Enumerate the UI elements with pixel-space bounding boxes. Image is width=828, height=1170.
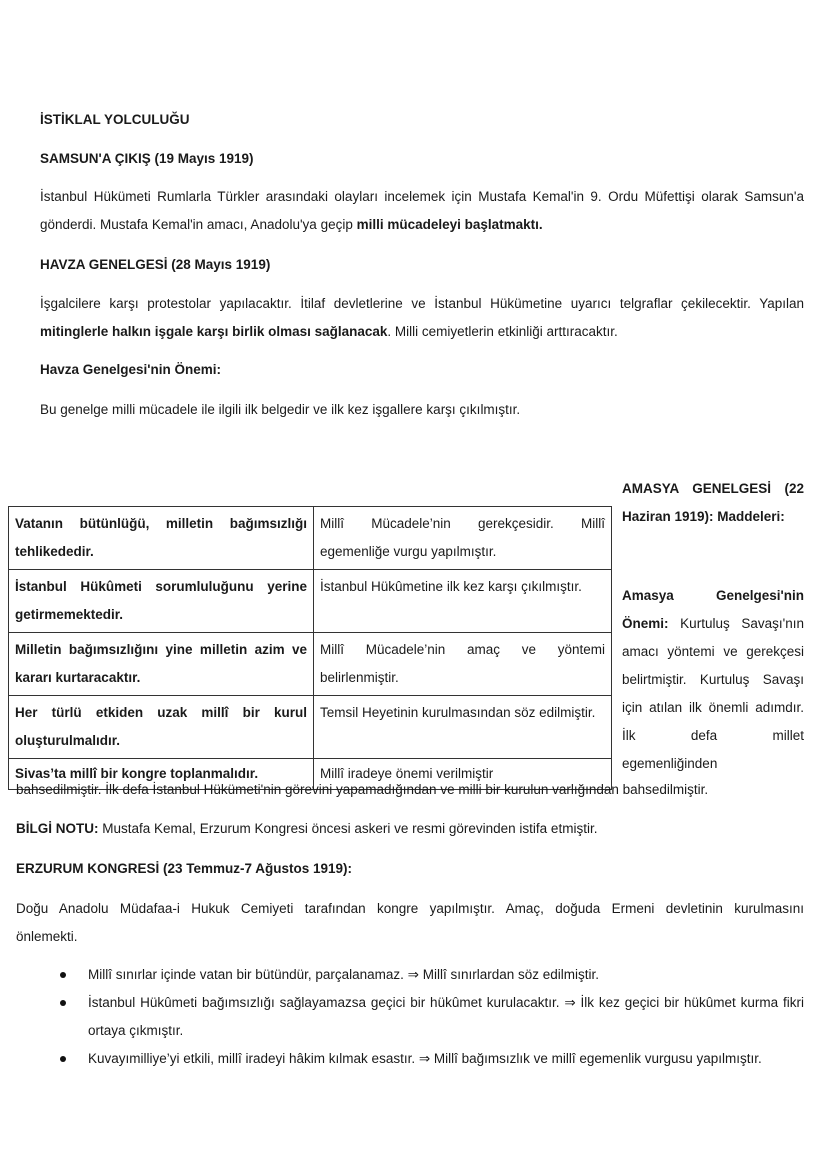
amasya-articles-table: Vatanın bütünlüğü, milletin bağımsızlığı… (8, 506, 612, 790)
havza-line-1: İşgalcilere karşı protestolar yapılacakt… (40, 290, 804, 318)
article-cell: İstanbul Hükûmeti sorumluluğunu yerine g… (9, 570, 314, 633)
amasya-importance-line-0: Önemi: Kurtuluş Savaşı'nın (622, 610, 804, 638)
article-cell: Milletin bağımsızlığını yine milletin az… (9, 633, 314, 696)
havza-bold-text: mitinglerle halkın işgale karşı birlik o… (40, 324, 387, 339)
meaning-cell: Temsil Heyetinin kurulmasından söz edilm… (314, 696, 612, 759)
article-cell: Vatanın bütünlüğü, milletin bağımsızlığı… (9, 507, 314, 570)
amasya-importance-heading-line-2: Önemi: (622, 616, 669, 631)
amasya-heading: AMASYA GENELGESİ (22 Haziran 1919): Madd… (622, 475, 804, 531)
havza-heading: HAVZA GENELGESİ (28 Mayıs 1919) (40, 257, 270, 272)
bullet-icon (60, 1000, 66, 1006)
amasya-importance-line-3: için atılan ilk önemli adımdır. (622, 694, 804, 722)
list-item: Millî sınırlar içinde vatan bir bütündür… (40, 961, 804, 989)
amasya-importance-line-5: egemenliğinden (622, 750, 804, 778)
table-row: Her türlü etkiden uzak millî bir kurul o… (9, 696, 612, 759)
amasya-importance-line-4: İlk defa millet (622, 722, 804, 750)
info-note: BİLGİ NOTU: Mustafa Kemal, Erzurum Kongr… (16, 815, 597, 843)
info-note-text: Mustafa Kemal, Erzurum Kongresi öncesi a… (99, 821, 598, 836)
havza-line-2: mitinglerle halkın işgale karşı birlik o… (40, 318, 804, 346)
samsun-line-1: İstanbul Hükümeti Rumlarla Türkler arası… (40, 183, 804, 211)
samsun-heading: SAMSUN'A ÇIKIŞ (19 Mayıs 1919) (40, 151, 254, 166)
table-row: İstanbul Hükûmeti sorumluluğunu yerine g… (9, 570, 612, 633)
erzurum-heading: ERZURUM KONGRESİ (23 Temmuz-7 Ağustos 19… (16, 861, 352, 876)
meaning-cell: Millî Mücadele’nin amaç ve yöntemi belir… (314, 633, 612, 696)
erzurum-line-1: Doğu Anadolu Müdafaa-i Hukuk Cemiyeti ta… (16, 895, 804, 923)
amasya-importance-text: Kurtuluş Savaşı'nın (669, 616, 804, 631)
bullet-text: Millî sınırlar içinde vatan bir bütündür… (88, 967, 599, 982)
amasya-heading-line-1: AMASYA GENELGESİ (22 (622, 475, 804, 503)
samsun-aim-bold: milli mücadeleyi başlatmaktı. (357, 217, 543, 232)
meaning-cell: İstanbul Hükûmetine ilk kez karşı çıkılm… (314, 570, 612, 633)
info-note-label: BİLGİ NOTU: (16, 821, 99, 836)
table-row: Milletin bağımsızlığını yine milletin az… (9, 633, 612, 696)
samsun-paragraph: İstanbul Hükümeti Rumlarla Türkler arası… (40, 183, 804, 239)
article-cell: Her türlü etkiden uzak millî bir kurul o… (9, 696, 314, 759)
erzurum-paragraph: Doğu Anadolu Müdafaa-i Hukuk Cemiyeti ta… (16, 895, 804, 951)
havza-text: . Milli cemiyetlerin etkinliği arttıraca… (387, 324, 617, 339)
document-title: İSTİKLAL YOLCULUĞU (40, 112, 190, 127)
havza-importance-heading: Havza Genelgesi'nin Önemi: (40, 362, 221, 377)
list-item: İstanbul Hükûmeti bağımsızlığı sağlayama… (40, 989, 804, 1045)
samsun-text: gönderdi. Mustafa Kemal'in amacı, Anadol… (40, 217, 357, 232)
bullet-text: Kuvayımilliye’yi etkili, millî iradeyi h… (88, 1051, 762, 1066)
havza-importance-text: Bu genelge milli mücadele ile ilgili ilk… (40, 396, 520, 424)
amasya-heading-line-2: Haziran 1919): Maddeleri: (622, 503, 804, 531)
amasya-importance-heading-line-1: Amasya Genelgesi'nin (622, 582, 804, 610)
erzurum-bullets: Millî sınırlar içinde vatan bir bütündür… (40, 961, 804, 1073)
havza-paragraph: İşgalcilere karşı protestolar yapılacakt… (40, 290, 804, 346)
meaning-cell: Millî Mücadele’nin gerekçesidir. Millî e… (314, 507, 612, 570)
list-item: Kuvayımilliye’yi etkili, millî iradeyi h… (40, 1045, 804, 1073)
erzurum-line-2: önlemekti. (16, 923, 804, 951)
amasya-importance-continuation: bahsedilmiştir. İlk defa İstanbul Hüküme… (16, 776, 708, 804)
amasya-importance-line-1: amacı yöntemi ve gerekçesi (622, 638, 804, 666)
table-row: Vatanın bütünlüğü, milletin bağımsızlığı… (9, 507, 612, 570)
bullet-icon (60, 972, 66, 978)
bullet-text: İstanbul Hükûmeti bağımsızlığı sağlayama… (88, 995, 804, 1038)
samsun-line-2: gönderdi. Mustafa Kemal'in amacı, Anadol… (40, 211, 804, 239)
bullet-icon (60, 1056, 66, 1062)
amasya-importance-line-2: belirtmiştir. Kurtuluş Savaşı (622, 666, 804, 694)
amasya-importance: Amasya Genelgesi'nin Önemi: Kurtuluş Sav… (622, 582, 804, 778)
